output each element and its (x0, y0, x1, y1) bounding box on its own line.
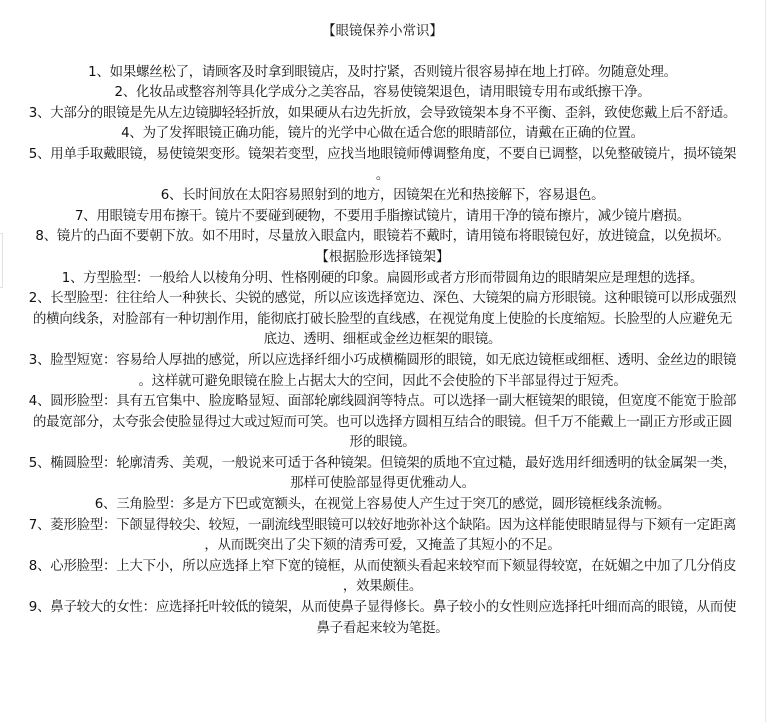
care-tip-4: 4、为了发挥眼镜正确功能，镜片的光学中心做在适合您的眼睛部位，请戴在正确的位置。 (0, 124, 765, 145)
face-tip-4-cont: 形的眼镜。 (0, 433, 765, 454)
care-tip-6: 6、长时间放在太阳容易照射到的地方，因镜架在光和热接解下，容易退色。 (0, 186, 765, 207)
face-tip-2-cont: 底边、透明、细框或金丝边框架的眼镜。 (0, 330, 765, 351)
care-tip-2: 2、化妆品或整容剂等具化学成分之美容品，容易使镜架退色，请用眼镜专用布或纸擦干净… (0, 83, 765, 104)
care-tip-5: 5、用单手取戴眼镜，易使镜架变形。镜架若变型，应找当地眼镜师傅调整角度，不要自已… (0, 145, 765, 166)
face-tip-4-cont: 的最宽部分，太夸张会使脸显得过大或过短而可笑。也可以选择方圆相互结合的眼镜。但千… (0, 413, 765, 434)
face-tip-5-cont: 那样可使脸部显得更优雅动人。 (0, 474, 765, 495)
face-tip-9-cont: 鼻子看起来较为笔挺。 (0, 619, 765, 640)
spacer (0, 43, 765, 63)
section-heading-care-tips: 【眼镜保养小常识】 (0, 22, 765, 43)
face-tip-6: 6、三角脸型：多是方下巴或宽额头，在视觉上容易使人产生过于突兀的感觉，圆形镜框线… (0, 495, 765, 516)
face-tip-8: 8、心形脸型：上大下小，所以应选择上窄下宽的镜框，从而使额头看起来较窄而下颏显得… (0, 557, 765, 578)
care-tip-7: 7、用眼镜专用布擦干。镜片不要碰到硬物，不要用手脂擦试镜片，请用干净的镜布擦片，… (0, 207, 765, 228)
face-tip-4: 4、圆形脸型：具有五官集中、脸庞略显短、面部轮廓线圆润等特点。可以选择一副大框镜… (0, 392, 765, 413)
face-tip-5: 5、椭圆脸型：轮廓清秀、美观，一般说来可适于各种镜架。但镜架的质地不宜过糙，最好… (0, 454, 765, 475)
care-tip-8: 8、镜片的凸面不要朝下放。如不用时，尽量放入眼盒内，眼镜若不戴时，请用镜布将眼镜… (0, 227, 765, 248)
section-heading-face-shape: 【根据脸形选择镜架】 (0, 248, 765, 269)
care-tip-5-cont: 。 (0, 166, 765, 187)
right-divider (765, 0, 766, 722)
face-tip-3-cont: 。这样就可避免眼镜在脸上占据太大的空间，因此不会使脸的下半部显得过于短秃。 (0, 372, 765, 393)
care-tip-3: 3、大部分的眼镜是先从左边镜脚轻轻折放，如果硬从右边先折放，会导致镜架本身不平衡… (0, 104, 765, 125)
face-tip-2-cont: 的横向线条，对脸部有一种切割作用，能彻底打破长脸型的直线感，在视觉角度上使脸的长… (0, 310, 765, 331)
face-tip-7: 7、菱形脸型：下颌显得较尖、较短，一副流线型眼镜可以较好地弥补这个缺陷。因为这样… (0, 516, 765, 537)
document-body: 【眼镜保养小常识】 1、如果螺丝松了，请顾客及时拿到眼镜店，及时拧紧，否则镜片很… (0, 22, 765, 639)
face-tip-1: 1、方型脸型：一般给人以棱角分明、性格刚硬的印象。扁圆形或者方形而带圆角边的眼睛… (0, 269, 765, 290)
face-tip-9: 9、鼻子较大的女性：应选择托叶较低的镜架，从而使鼻子显得修长。鼻子较小的女性则应… (0, 598, 765, 619)
face-tip-7-cont: ，从而既突出了尖下颏的清秀可爱，又掩盖了其短小的不足。 (0, 536, 765, 557)
face-tip-8-cont: ，效果颇佳。 (0, 577, 765, 598)
face-tip-3: 3、脸型短宽：容易给人厚拙的感觉，所以应选择纤细小巧成横椭圆形的眼镜，如无底边镜… (0, 351, 765, 372)
face-tip-2: 2、长型脸型：往往给人一种狭长、尖锐的感觉，所以应该选择宽边、深色、大镜架的扁方… (0, 289, 765, 310)
care-tip-1: 1、如果螺丝松了，请顾客及时拿到眼镜店，及时拧紧，否则镜片很容易掉在地上打碎。勿… (0, 63, 765, 84)
